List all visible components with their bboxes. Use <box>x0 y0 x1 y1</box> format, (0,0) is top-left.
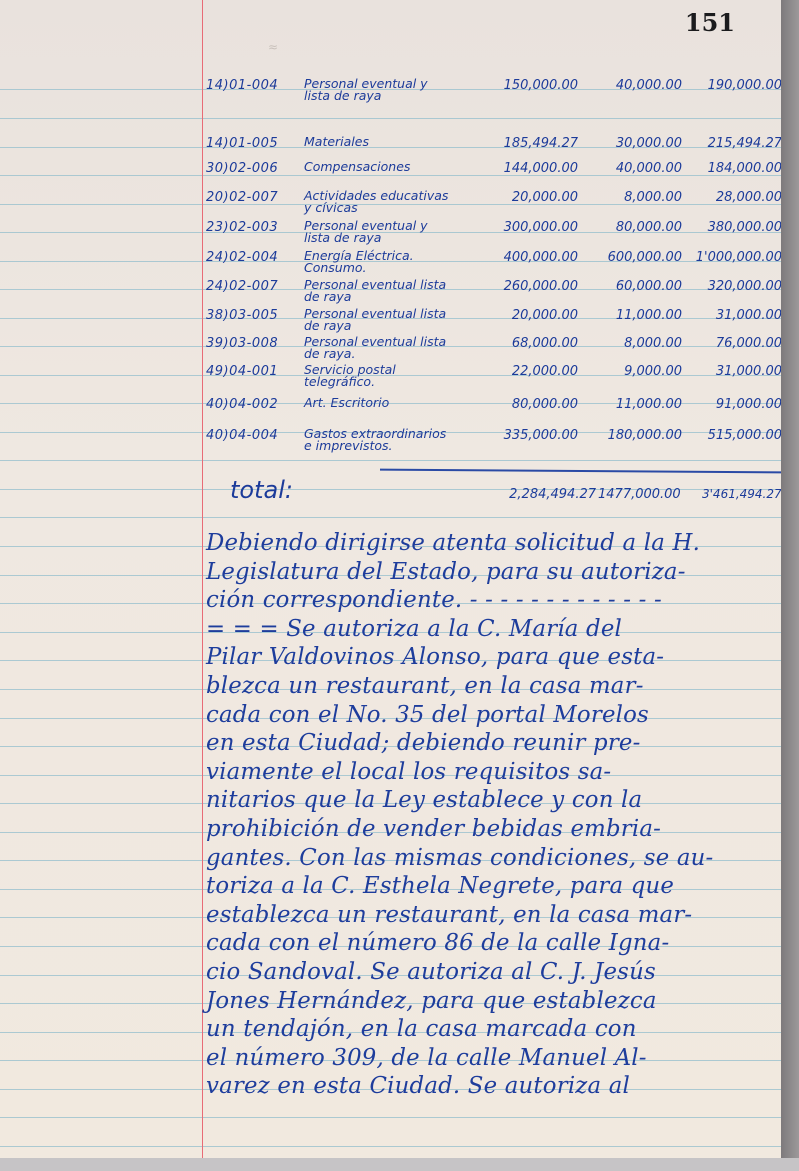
minutes-line: blezca un restaurant, en la casa mar- <box>206 673 776 699</box>
total-underline <box>380 469 781 474</box>
total-grand: 3'461,494.27 <box>702 487 781 501</box>
minutes-line: toriza a la C. Esthela Negrete, para que <box>206 873 776 899</box>
account-code: 38)03-005 <box>206 308 278 323</box>
increase-amount: 30,000.00 <box>578 136 682 151</box>
item-description: Art. Escritorio <box>304 397 454 409</box>
minutes-line: nitarios que la Ley establece y con la <box>206 787 776 813</box>
total-amount: 76,000.00 <box>684 336 781 351</box>
minutes-line: gantes. Con las mismas condiciones, se a… <box>206 845 776 871</box>
budget-amount: 144,000.00 <box>466 161 578 176</box>
budget-amount: 260,000.00 <box>466 279 578 294</box>
ruled-line <box>0 1117 781 1118</box>
minutes-line: Legislatura del Estado, para su autoriza… <box>206 559 776 585</box>
account-code: 14)01-005 <box>206 136 278 151</box>
budget-amount: 185,494.27 <box>466 136 578 151</box>
item-description: Personal eventual y lista de raya <box>304 78 454 102</box>
item-description: Personal eventual lista de raya. <box>304 336 454 360</box>
total-amount: 31,000.00 <box>684 308 781 323</box>
margin-line <box>202 0 203 1158</box>
total-increase: 1477,000.00 <box>598 487 681 502</box>
faint-stamp-mark: ≈ <box>268 40 278 54</box>
ruled-line <box>0 1146 781 1147</box>
budget-amount: 335,000.00 <box>466 428 578 443</box>
minutes-line: cada con el No. 35 del portal Morelos <box>206 702 776 728</box>
account-code: 49)04-001 <box>206 364 278 379</box>
minutes-line: en esta Ciudad; debiendo reunir pre- <box>206 730 776 756</box>
increase-amount: 9,000.00 <box>578 364 682 379</box>
budget-amount: 20,000.00 <box>466 190 578 205</box>
page-edge-shadow <box>781 0 799 1171</box>
budget-amount: 22,000.00 <box>466 364 578 379</box>
total-amount: 515,000.00 <box>684 428 781 443</box>
increase-amount: 600,000.00 <box>578 250 682 265</box>
minutes-line: = = = Se autoriza a la C. María del <box>206 616 776 642</box>
budget-amount: 150,000.00 <box>466 78 578 93</box>
increase-amount: 180,000.00 <box>578 428 682 443</box>
minutes-line: prohibición de vender bebidas embria- <box>206 816 776 842</box>
budget-amount: 20,000.00 <box>466 308 578 323</box>
total-label: total: <box>230 476 293 504</box>
total-amount: 28,000.00 <box>684 190 781 205</box>
minutes-line: cio Sandoval. Se autoriza al C. J. Jesús <box>206 959 776 985</box>
account-code: 23)02-003 <box>206 220 278 235</box>
minutes-line: viamente el local los requisitos sa- <box>206 759 776 785</box>
account-code: 40)04-004 <box>206 428 278 443</box>
item-description: Personal eventual y lista de raya <box>304 220 454 244</box>
increase-amount: 8,000.00 <box>578 190 682 205</box>
ledger-row: 40)04-004Gastos extraordinarios e imprev… <box>206 428 781 468</box>
account-code: 30)02-006 <box>206 161 278 176</box>
ledger-row: 14)01-004Personal eventual y lista de ra… <box>206 78 781 118</box>
total-amount: 31,000.00 <box>684 364 781 379</box>
item-description: Servicio postal telegráfico. <box>304 364 454 388</box>
item-description: Gastos extraordinarios e imprevistos. <box>304 428 454 452</box>
minutes-line: cada con el número 86 de la calle Igna- <box>206 930 776 956</box>
increase-amount: 40,000.00 <box>578 78 682 93</box>
account-code: 40)04-002 <box>206 397 278 412</box>
increase-amount: 11,000.00 <box>578 397 682 412</box>
account-code: 20)02-007 <box>206 190 278 205</box>
minutes-line: el número 309, de la calle Manuel Al- <box>206 1045 776 1071</box>
total-amount: 1'000,000.00 <box>684 250 781 265</box>
minutes-line: ción correspondiente. - - - - - - - - - … <box>206 587 776 613</box>
ruled-line <box>0 118 781 119</box>
budget-amount: 68,000.00 <box>466 336 578 351</box>
minutes-line: Debiendo dirigirse atenta solicitud a la… <box>206 530 776 556</box>
total-budget: 2,284,494.27 <box>466 487 596 502</box>
total-amount: 190,000.00 <box>684 78 781 93</box>
item-description: Compensaciones <box>304 161 454 173</box>
minutes-line: establezca un restaurant, en la casa mar… <box>206 902 776 928</box>
increase-amount: 80,000.00 <box>578 220 682 235</box>
page-bottom-edge <box>0 1158 799 1171</box>
budget-amount: 400,000.00 <box>466 250 578 265</box>
account-code: 24)02-004 <box>206 250 278 265</box>
item-description: Personal eventual lista de raya <box>304 279 454 303</box>
budget-amount: 80,000.00 <box>466 397 578 412</box>
account-code: 24)02-007 <box>206 279 278 294</box>
total-amount: 91,000.00 <box>684 397 781 412</box>
total-amount: 320,000.00 <box>684 279 781 294</box>
item-description: Personal eventual lista de raya <box>304 308 454 332</box>
account-code: 14)01-004 <box>206 78 278 93</box>
minutes-line: Pilar Valdovinos Alonso, para que esta- <box>206 644 776 670</box>
minutes-line: un tendajón, en la casa marcada con <box>206 1016 776 1042</box>
increase-amount: 40,000.00 <box>578 161 682 176</box>
minutes-line: Jones Hernández, para que establezca <box>206 988 776 1014</box>
total-amount: 380,000.00 <box>684 220 781 235</box>
ledger-page: ≈ 151 14)01-004Personal eventual y lista… <box>0 0 781 1158</box>
increase-amount: 11,000.00 <box>578 308 682 323</box>
budget-amount: 300,000.00 <box>466 220 578 235</box>
increase-amount: 8,000.00 <box>578 336 682 351</box>
item-description: Actividades educativas y cívicas <box>304 190 454 214</box>
item-description: Energía Eléctrica. Consumo. <box>304 250 454 274</box>
page-number: 151 <box>685 8 735 37</box>
increase-amount: 60,000.00 <box>578 279 682 294</box>
total-amount: 215,494.27 <box>684 136 781 151</box>
account-code: 39)03-008 <box>206 336 278 351</box>
item-description: Materiales <box>304 136 454 148</box>
minutes-line: varez en esta Ciudad. Se autoriza al <box>206 1073 776 1099</box>
total-amount: 184,000.00 <box>684 161 781 176</box>
ruled-line <box>0 517 781 518</box>
